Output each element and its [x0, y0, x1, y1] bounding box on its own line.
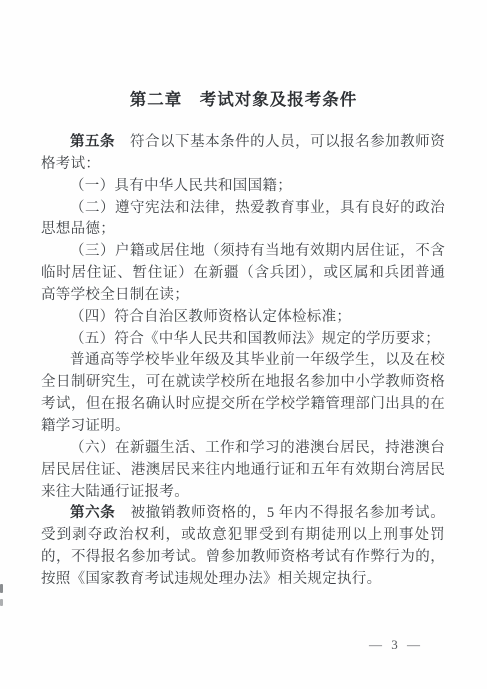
paragraph-text: （二）遵守宪法和法律，热爱教育事业，具有良好的政治思想品德；	[41, 200, 445, 238]
paragraph-item-5: （五）符合《中华人民共和国教师法》规定的学历要求；	[41, 329, 445, 351]
document-body: 第五条 符合以下基本条件的人员，可以报名参加教师资格考试： （一）具有中华人民共…	[41, 132, 445, 591]
chapter-heading: 第二章 考试对象及报考条件	[0, 86, 487, 110]
paragraph-item-2: （二）遵守宪法和法律，热爱教育事业，具有良好的政治思想品德；	[41, 198, 445, 242]
paragraph-article-6: 第六条 被撤销教师资格的，5 年内不得报名参加考试。受到剥夺政治权利，或故意犯罪…	[41, 503, 445, 590]
paragraph-text: （三）户籍或居住地（须持有当地有效期内居住证，不含临时居住证、暂住证）在新疆（含…	[41, 243, 445, 303]
article-number: 第五条	[70, 134, 115, 150]
paragraph-item-4: （四）符合自治区教师资格认定体检标准；	[41, 307, 445, 329]
page-number: — 3 —	[369, 637, 423, 653]
paragraph-item-3: （三）户籍或居住地（须持有当地有效期内居住证，不含临时居住证、暂住证）在新疆（含…	[41, 241, 445, 307]
paragraph-text: （四）符合自治区教师资格认定体检标准；	[70, 309, 351, 325]
paragraph-item-1: （一）具有中华人民共和国国籍；	[41, 176, 445, 198]
paragraph-note: 普通高等学校毕业年级及其毕业前一年级学生，以及在校全日制研究生，可在就读学校所在…	[41, 350, 445, 437]
scan-artifact	[0, 599, 3, 606]
article-number: 第六条	[70, 505, 115, 521]
paragraph-article-5: 第五条 符合以下基本条件的人员，可以报名参加教师资格考试：	[41, 132, 445, 176]
paragraph-text: （一）具有中华人民共和国国籍；	[70, 178, 292, 194]
document-page: 第二章 考试对象及报考条件 第五条 符合以下基本条件的人员，可以报名参加教师资格…	[0, 0, 487, 689]
paragraph-item-6: （六）在新疆生活、工作和学习的港澳台居民，持港澳台居民居住证、港澳居民来往内地通…	[41, 438, 445, 504]
paragraph-text: （五）符合《中华人民共和国教师法》规定的学历要求；	[70, 331, 440, 347]
scan-artifact	[0, 584, 3, 593]
paragraph-text: （六）在新疆生活、工作和学习的港澳台居民，持港澳台居民居住证、港澳居民来往内地通…	[41, 440, 445, 500]
paragraph-text: 普通高等学校毕业年级及其毕业前一年级学生，以及在校全日制研究生，可在就读学校所在…	[41, 352, 445, 434]
